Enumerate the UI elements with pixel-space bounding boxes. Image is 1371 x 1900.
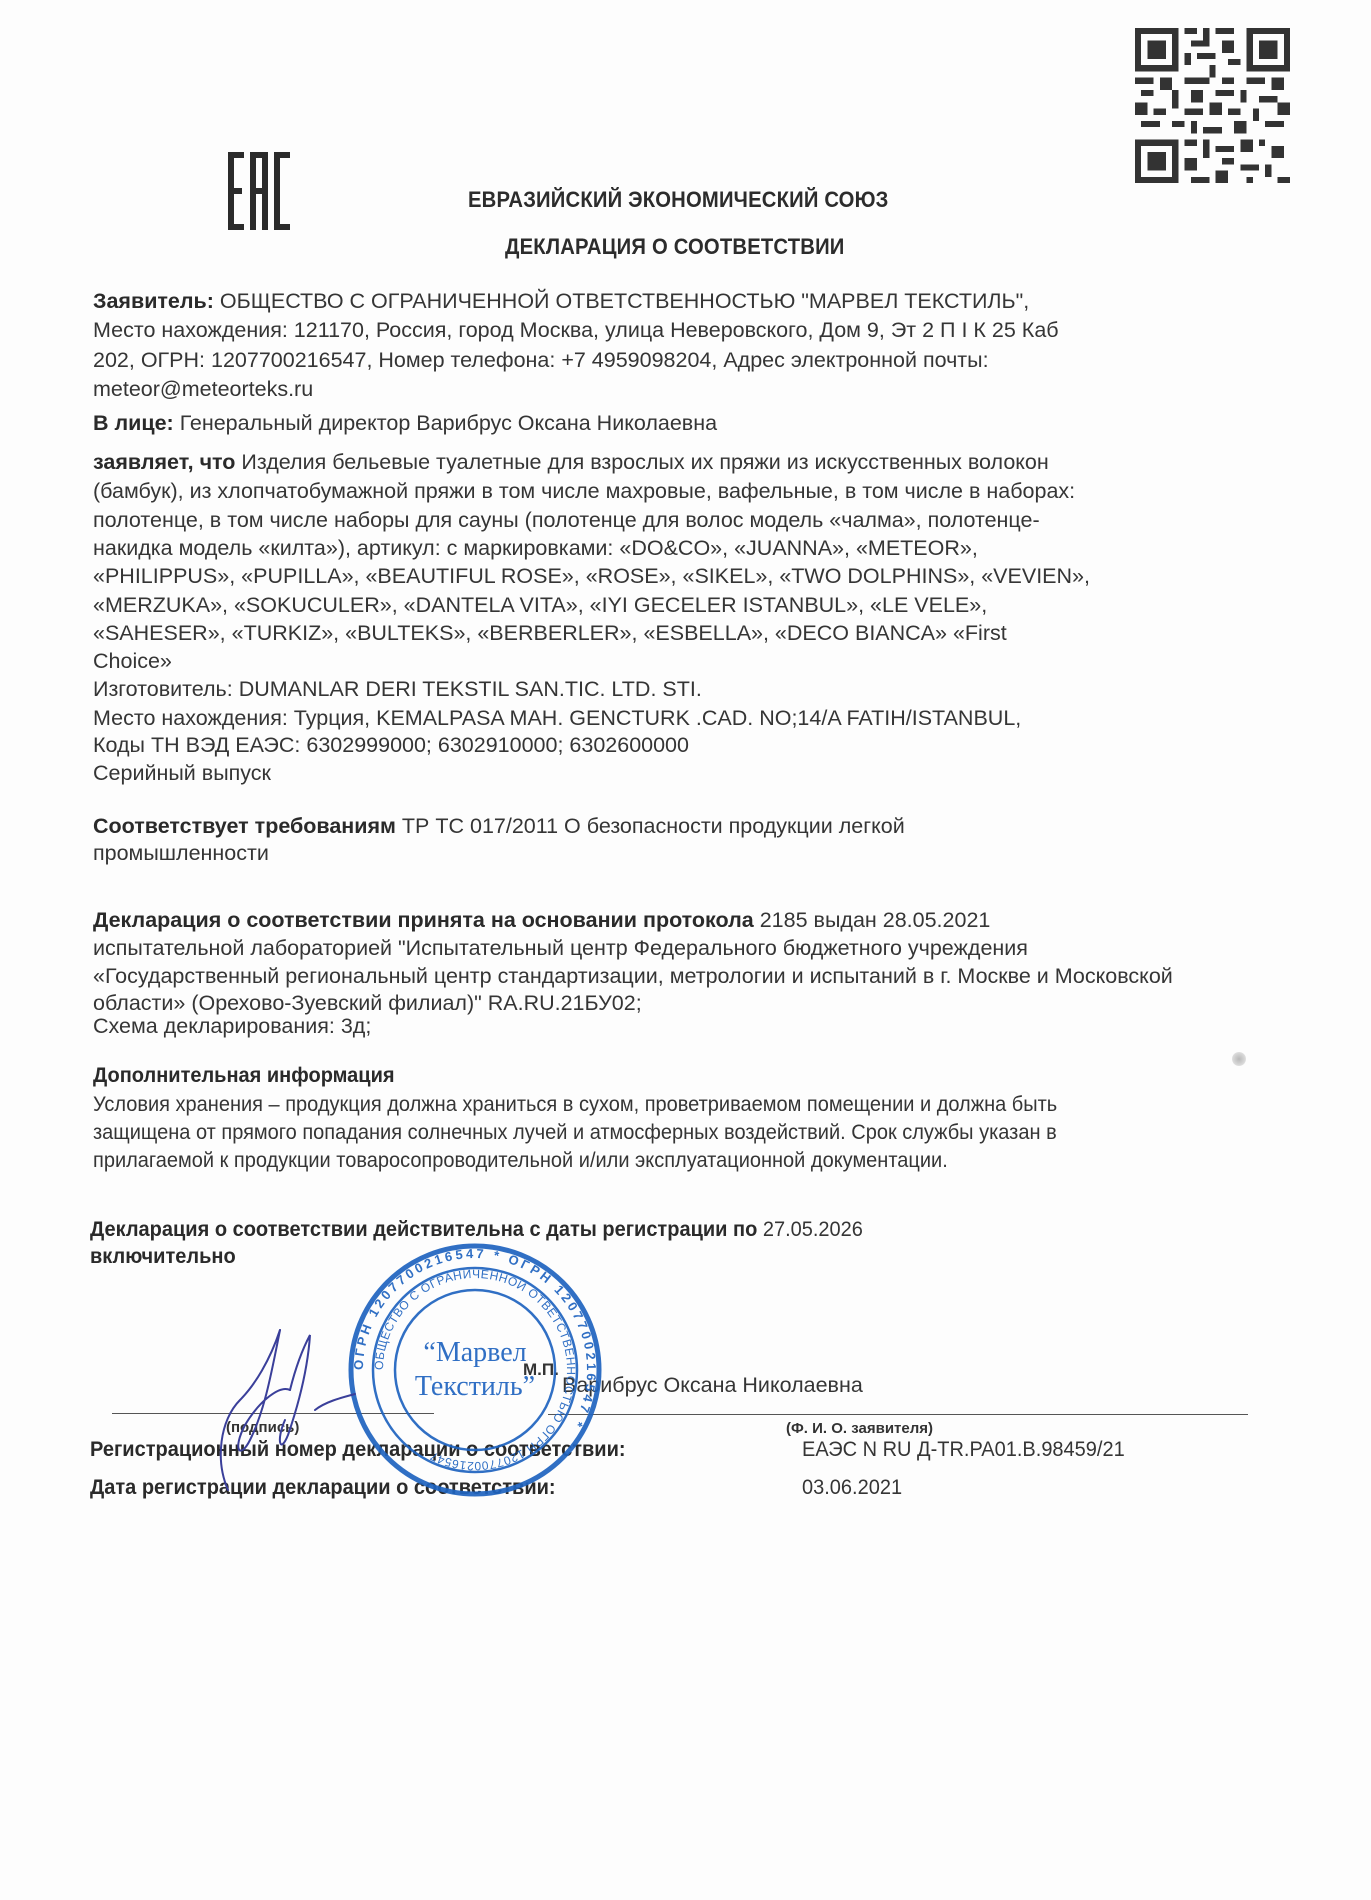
document-title: ДЕКЛАРАЦИЯ О СООТВЕТСТВИИ — [505, 234, 845, 260]
compliance-line-2: промышленности — [93, 840, 269, 866]
declaration-scheme: Схема декларирования: 3д; — [93, 1013, 371, 1039]
basis-label: Декларация о соответствии принята на осн… — [93, 908, 754, 932]
declares-line-6: «MERZUKA», «SOKUCULER», «DANTELA VITA», … — [93, 592, 987, 618]
basis-line-2: испытательной лабораторией "Испытательны… — [93, 935, 1028, 961]
svg-text:Текстиль”: Текстиль” — [415, 1371, 535, 1402]
representative-label: В лице: — [93, 411, 174, 435]
basis-line-3: «Государственный региональный центр стан… — [93, 963, 1173, 989]
manufacturer-line: Изготовитель: DUMANLAR DERI TEKSTIL SAN.… — [93, 676, 702, 702]
validity-label: Декларация о соответствии действительна … — [90, 1217, 757, 1241]
additional-info-line-1: Условия хранения – продукция должна хран… — [93, 1091, 1057, 1117]
declares-line-3: полотенце, в том числе наборы для сауны … — [93, 507, 1040, 533]
declares-line-7: «SAHESER», «TURKIZ», «BULTEKS», «BERBERL… — [93, 620, 1007, 646]
applicant-name: Варибрус Оксана Николаевна — [562, 1372, 863, 1398]
declares-line-1: заявляет, что Изделия бельевые туалетные… — [93, 449, 1049, 475]
declares-line-2: (бамбук), из хлопчатобумажной пряжи в то… — [93, 478, 1075, 504]
compliance-label: Соответствует требованиям — [93, 814, 396, 838]
representative-line: В лице: Генеральный директор Варибрус Ок… — [93, 410, 717, 436]
qr-code-icon — [1135, 28, 1290, 183]
applicant-line-1: Заявитель: ОБЩЕСТВО С ОГРАНИЧЕННОЙ ОТВЕТ… — [93, 288, 1029, 314]
registration-date-value: 03.06.2021 — [802, 1474, 902, 1500]
additional-info-heading: Дополнительная информация — [93, 1062, 395, 1088]
additional-info-line-3: прилагаемой к продукции товаросопроводит… — [93, 1147, 948, 1173]
applicant-line-3: 202, ОГРН: 1207700216547, Номер телефона… — [93, 347, 989, 373]
validity-date: 27.05.2026 — [757, 1217, 863, 1241]
eac-logo-icon — [228, 152, 290, 230]
svg-text:“Марвел: “Марвел — [423, 1337, 526, 1368]
declares-label: заявляет, что — [93, 450, 235, 474]
declares-line-8: Choice» — [93, 648, 172, 674]
declares-line-5: «PHILIPPUS», «PUPILLA», «BEAUTIFUL ROSE»… — [93, 563, 1090, 589]
handwritten-signature — [210, 1290, 380, 1500]
additional-info-line-2: защищена от прямого попадания солнечных … — [93, 1119, 1057, 1145]
registration-number-value: ЕАЭС N RU Д-TR.PA01.B.98459/21 — [802, 1436, 1125, 1462]
union-title: ЕВРАЗИЙСКИЙ ЭКОНОМИЧЕСКИЙ СОЮЗ — [468, 187, 889, 213]
validity-inclusive: включительно — [90, 1243, 236, 1269]
applicant-email: meteor@meteorteks.ru — [93, 376, 313, 402]
tn-ved-codes: Коды ТН ВЭД ЕАЭС: 6302999000; 6302910000… — [93, 732, 689, 758]
name-line — [548, 1414, 1248, 1415]
name-caption: (Ф. И. О. заявителя) — [786, 1420, 933, 1437]
compliance-line: Соответствует требованиям ТР ТС 017/2011… — [93, 813, 905, 839]
scan-smudge — [1232, 1052, 1246, 1066]
company-seal-stamp: ОГРН 1207700216547 * ОГРН 1207700216547 … — [348, 1243, 602, 1497]
serial-release: Серийный выпуск — [93, 760, 271, 786]
applicant-line-2: Место нахождения: 121170, Россия, город … — [93, 317, 1059, 343]
applicant-label: Заявитель: — [93, 289, 214, 313]
declaration-page: ЕВРАЗИЙСКИЙ ЭКОНОМИЧЕСКИЙ СОЮЗ ДЕКЛАРАЦИ… — [0, 0, 1371, 1900]
manufacturer-address: Место нахождения: Турция, KEMALPASA MAH.… — [93, 705, 1021, 731]
validity-line: Декларация о соответствии действительна … — [90, 1216, 863, 1242]
declares-line-4: накидка модель «килта»), артикул: с марк… — [93, 535, 978, 561]
basis-line: Декларация о соответствии принята на осн… — [93, 907, 990, 933]
